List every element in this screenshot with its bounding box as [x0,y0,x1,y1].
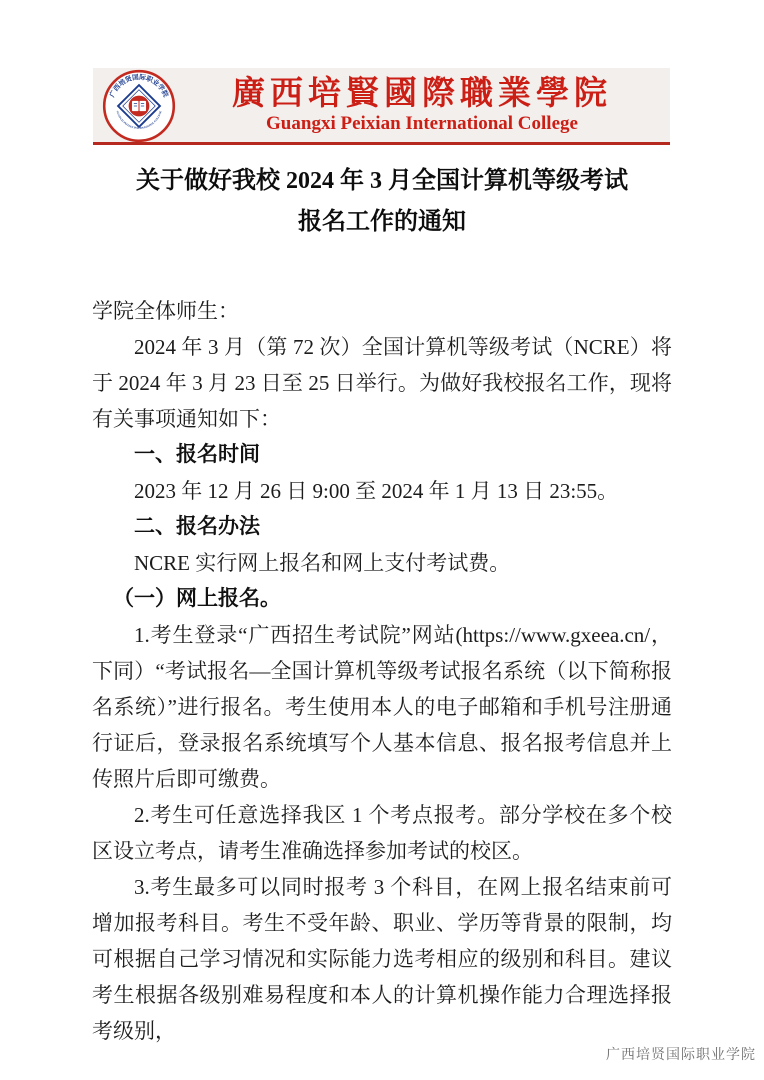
list-item-2: 2.考生可任意选择我区 1 个考点报考。部分学校在多个校区设立考点，请考生准确选… [92,797,672,869]
intro-paragraph: 2024 年 3 月（第 72 次）全国计算机等级考试（NCRE）将于 2024… [92,329,672,437]
footer-watermark: 广西培贤国际职业学院 [606,1044,756,1064]
section2-text: NCRE 实行网上报名和网上支付考试费。 [92,545,672,581]
section1-text: 2023 年 12 月 26 日 9:00 至 2024 年 1 月 13 日 … [92,473,672,509]
salutation: 学院全体师生： [92,293,672,329]
notice-title-line1: 关于做好我校 2024 年 3 月全国计算机等级考试 [92,161,672,202]
section2-heading: 二、报名办法 [92,509,672,545]
section1-heading: 一、报名时间 [92,437,672,473]
subsection-heading: （一）网上报名。 [92,581,672,617]
open-book-icon [132,101,146,111]
notice-body: 学院全体师生： 2024 年 3 月（第 72 次）全国计算机等级考试（NCRE… [92,293,672,1049]
notice-page: { "header": { "college_name_cn": "廣西培賢國際… [0,0,764,1080]
list-item-1: 1.考生登录“广西招生考试院”网站(https://www.gxeea.cn/，… [92,617,672,797]
college-name-cn: 廣西培賢國際職業學院 [180,76,664,113]
list-item-3: 3.考生最多可以同时报考 3 个科目，在网上报名结束前可增加报考科目。考生不受年… [92,869,672,1049]
college-seal-logo: 广西培贤国际职业学院 GUANGXI PEIXIAN INTERNATIONAL… [102,69,176,143]
college-letterhead: 广西培贤国际职业学院 GUANGXI PEIXIAN INTERNATIONAL… [93,68,670,145]
notice-title: 关于做好我校 2024 年 3 月全国计算机等级考试 报名工作的通知 [92,161,672,243]
notice-title-line2: 报名工作的通知 [92,202,672,243]
college-name-en: Guangxi Peixian International College [180,113,664,135]
college-name-block: 廣西培賢國際職業學院 Guangxi Peixian International… [180,76,670,135]
